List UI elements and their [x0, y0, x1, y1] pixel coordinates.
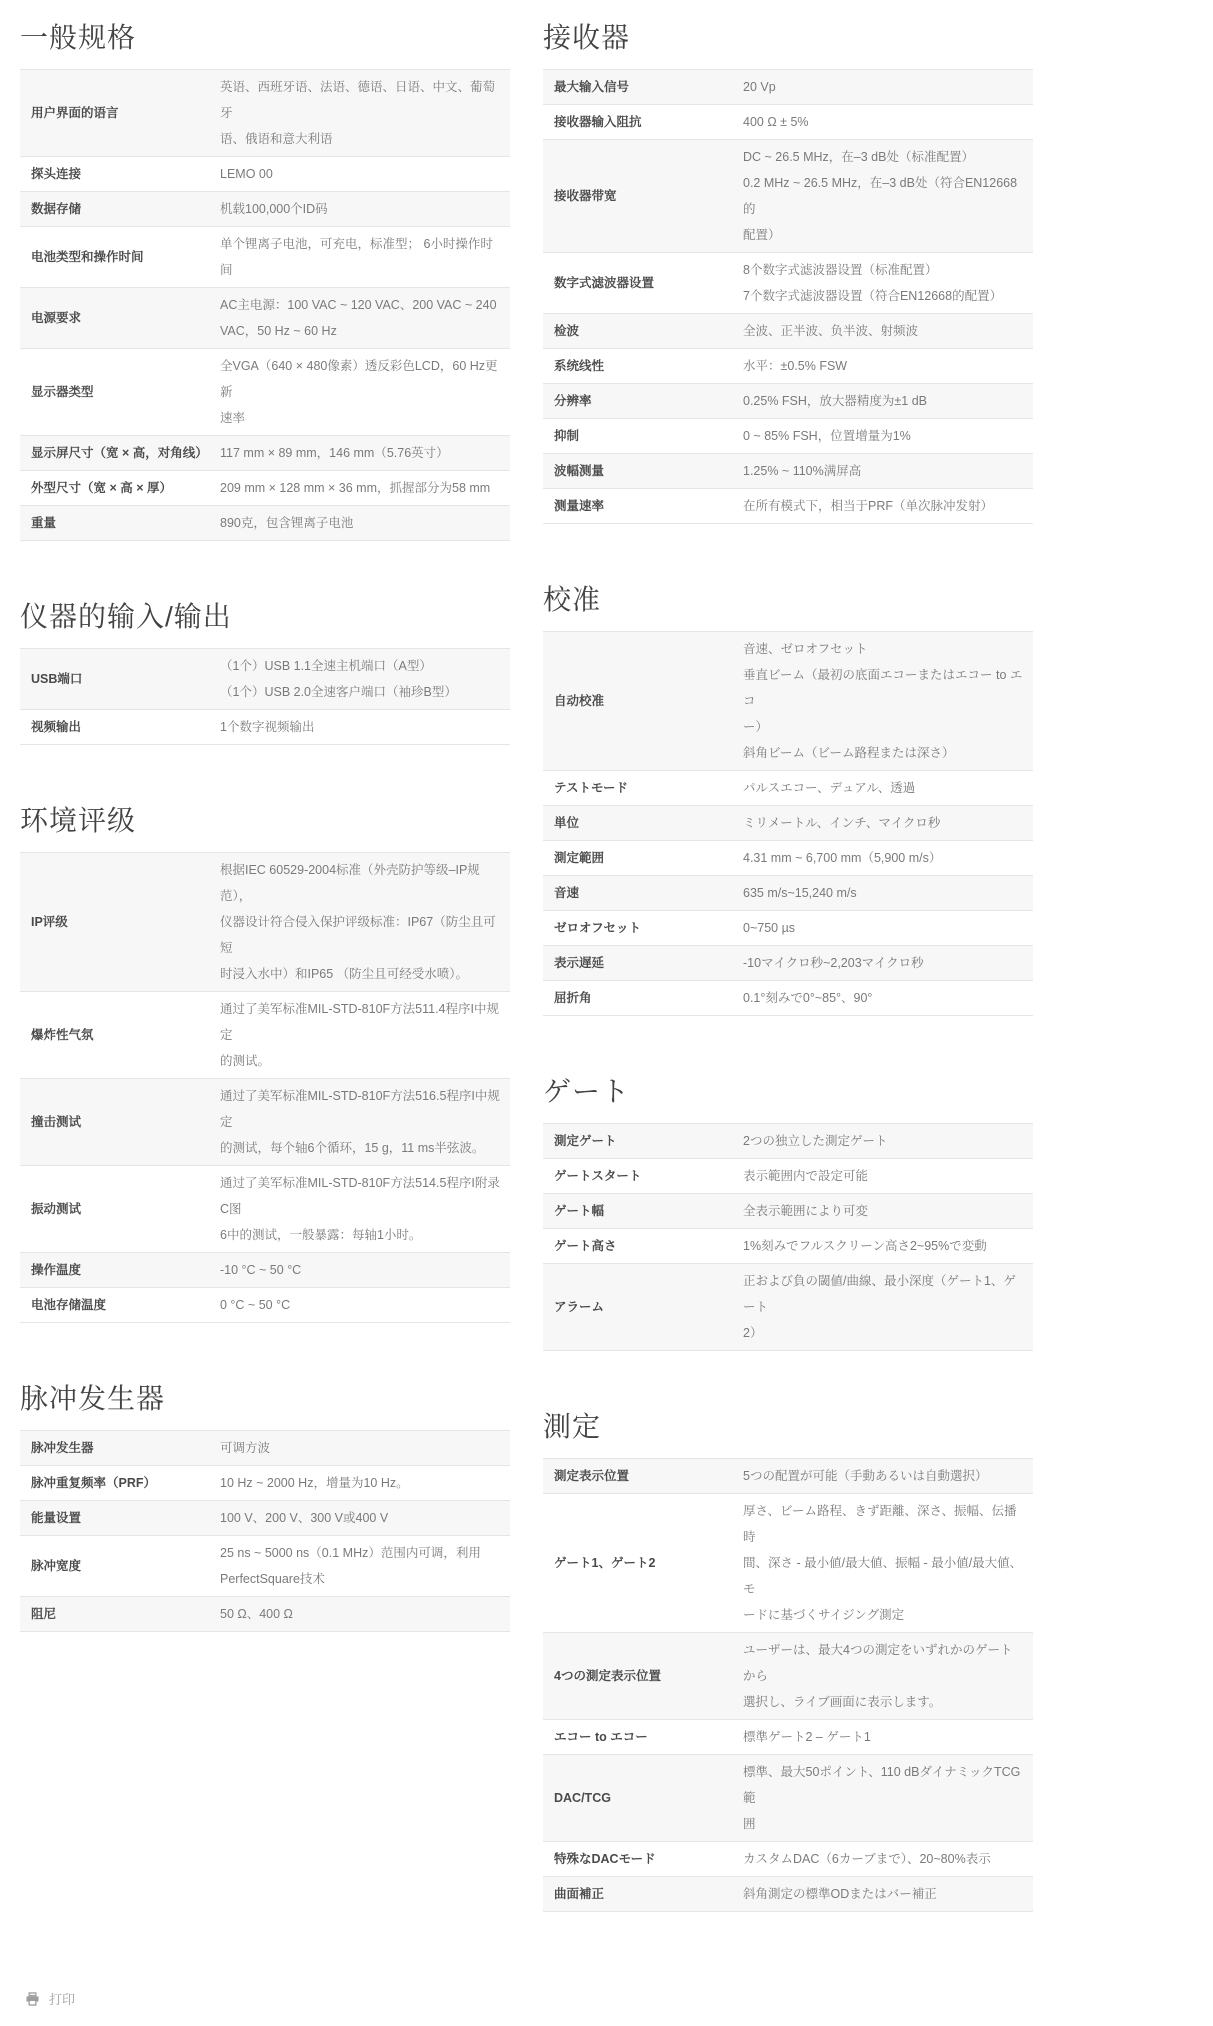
- spec-row: 系统线性水平：±0.5% FSW: [543, 348, 1033, 383]
- section-general: 一般规格用户界面的语言英语、西班牙语、法语、德语、日语、中文、葡萄牙语、俄语和意…: [20, 16, 510, 541]
- spec-row: 表示遅延-10マイクロ秒~2,203マイクロ秒: [543, 945, 1033, 980]
- spec-value-line: 0.25% FSH，放大器精度为±1 dB: [743, 388, 1023, 414]
- spec-row: 接收器带宽DC ~ 26.5 MHz，在–3 dB处（标准配置）0.2 MHz …: [543, 139, 1033, 252]
- spec-row: 用户界面的语言英语、西班牙语、法语、德语、日语、中文、葡萄牙语、俄语和意大利语: [20, 69, 510, 156]
- spec-value: パルスエコー、デュアル、透過: [743, 775, 1033, 801]
- spec-value: DC ~ 26.5 MHz，在–3 dB处（标准配置）0.2 MHz ~ 26.…: [743, 144, 1033, 248]
- spec-row: 抑制0 ~ 85% FSH，位置增量为1%: [543, 418, 1033, 453]
- spec-value: カスタムDAC（6カーブまで）、20~80%表示: [743, 1846, 1033, 1872]
- spec-label: ゲート1、ゲート2: [543, 1553, 743, 1573]
- spec-row: 特殊なDACモードカスタムDAC（6カーブまで）、20~80%表示: [543, 1841, 1033, 1876]
- spec-value-line: -10マイクロ秒~2,203マイクロ秒: [743, 950, 1023, 976]
- spec-label: 显示屏尺寸（宽 × 高，对角线）: [20, 443, 220, 463]
- spec-row: 屈折角0.1°刻みで0°~85°、90°: [543, 980, 1033, 1015]
- spec-value-line: 400 Ω ± 5%: [743, 109, 1023, 135]
- spec-label: 数据存储: [20, 199, 220, 219]
- spec-value-line: 速率: [220, 405, 500, 431]
- spec-label: 探头连接: [20, 164, 220, 184]
- spec-value-line: 209 mm × 128 mm × 36 mm，抓握部分为58 mm: [220, 475, 500, 501]
- spec-value: ミリメートル、インチ、マイクロ秒: [743, 810, 1033, 836]
- spec-value: 通过了美军标准MIL-STD-810F方法514.5程序I附录C图6中的测试，一…: [220, 1170, 510, 1248]
- spec-value-line: 根据IEC 60529-2004标准（外壳防护等级–IP规范），: [220, 857, 500, 909]
- spec-table-general: 用户界面的语言英语、西班牙语、法语、德语、日语、中文、葡萄牙语、俄语和意大利语探…: [20, 69, 510, 541]
- spec-value: 1%刻みでフルスクリーン高さ2~95%で変動: [743, 1233, 1033, 1259]
- spec-row: エコー to エコー標準ゲート2 – ゲート1: [543, 1719, 1033, 1754]
- spec-value-line: 仪器设计符合侵入保护评级标准：IP67（防尘且可短: [220, 909, 500, 961]
- spec-value: 117 mm × 89 mm，146 mm（5.76英寸）: [220, 440, 510, 466]
- spec-table-measurement: 測定表示位置5つの配置が可能（手動あるいは自動選択）ゲート1、ゲート2厚さ、ビー…: [543, 1458, 1033, 1912]
- spec-value: 通过了美军标准MIL-STD-810F方法516.5程序I中规定的测试，每个轴6…: [220, 1083, 510, 1161]
- spec-label: 外型尺寸（宽 × 高 × 厚）: [20, 478, 220, 498]
- spec-value: ユーザーは、最大4つの測定をいずれかのゲートから選択し、ライブ画面に表示します。: [743, 1637, 1033, 1715]
- spec-value: 厚さ、ビーム路程、きず距離、深さ、振幅、伝播時間、深さ - 最小値/最大値、振幅…: [743, 1498, 1033, 1628]
- spec-row: USB端口（1个）USB 1.1全速主机端口（A型）（1个）USB 2.0全速客…: [20, 648, 510, 709]
- spec-label: 电池类型和操作时间: [20, 247, 220, 267]
- spec-row: 电池存储温度0 °C ~ 50 °C: [20, 1287, 510, 1322]
- spec-row: 分辨率0.25% FSH，放大器精度为±1 dB: [543, 383, 1033, 418]
- spec-value-line: 標準、最大50ポイント、110 dBダイナミックTCG範: [743, 1759, 1023, 1811]
- spec-value-line: 囲: [743, 1811, 1023, 1837]
- spec-value-line: ー）: [743, 714, 1023, 740]
- spec-value: 4.31 mm ~ 6,700 mm（5,900 m/s）: [743, 845, 1033, 871]
- spec-row: ゼロオフセット0~750 µs: [543, 910, 1033, 945]
- spec-value-line: 6中的测试，一般暴露：每轴1小时。: [220, 1222, 500, 1248]
- spec-value: -10マイクロ秒~2,203マイクロ秒: [743, 950, 1033, 976]
- spec-value-line: 全表示範囲により可変: [743, 1198, 1023, 1224]
- spec-label: 检波: [543, 321, 743, 341]
- spec-value: 50 Ω、400 Ω: [220, 1601, 510, 1627]
- spec-value: 音速、ゼロオフセット垂直ビーム（最初の底面エコーまたはエコー to エコー）斜角…: [743, 636, 1033, 766]
- spec-row: アラーム正および負の閾値/曲線、最小深度（ゲート1、ゲート2）: [543, 1263, 1033, 1350]
- spec-value: 正および負の閾値/曲線、最小深度（ゲート1、ゲート2）: [743, 1268, 1033, 1346]
- spec-label: 能量设置: [20, 1508, 220, 1528]
- spec-row: 測定表示位置5つの配置が可能（手動あるいは自動選択）: [543, 1458, 1033, 1493]
- spec-row: 操作温度-10 °C ~ 50 °C: [20, 1252, 510, 1287]
- spec-value: 0 ~ 85% FSH，位置增量为1%: [743, 423, 1033, 449]
- section-title-general: 一般规格: [20, 16, 510, 56]
- print-label: 打印: [49, 1989, 75, 2008]
- spec-row: 视频输出1个数字视频输出: [20, 709, 510, 744]
- spec-label: エコー to エコー: [543, 1727, 743, 1747]
- spec-row: 自动校准音速、ゼロオフセット垂直ビーム（最初の底面エコーまたはエコー to エコ…: [543, 631, 1033, 770]
- spec-row: 阻尼50 Ω、400 Ω: [20, 1596, 510, 1631]
- spec-value-line: 1%刻みでフルスクリーン高さ2~95%で変動: [743, 1233, 1023, 1259]
- spec-value: 全VGA（640 × 480像素）透反彩色LCD，60 Hz更新速率: [220, 353, 510, 431]
- spec-label: ゲート高さ: [543, 1236, 743, 1256]
- spec-value-line: 的测试。: [220, 1048, 500, 1074]
- section-instrument-io: 仪器的输入/输出USB端口（1个）USB 1.1全速主机端口（A型）（1个）US…: [20, 595, 510, 745]
- spec-value-line: 垂直ビーム（最初の底面エコーまたはエコー to エコ: [743, 662, 1023, 714]
- spec-value-line: 0.1°刻みで0°~85°、90°: [743, 985, 1023, 1011]
- spec-row: 重量890克，包含锂离子电池: [20, 505, 510, 540]
- spec-row: 測定ゲート2つの独立した測定ゲート: [543, 1123, 1033, 1158]
- column-right: 接收器最大输入信号20 Vp接收器输入阻抗400 Ω ± 5%接收器带宽DC ~…: [543, 16, 1033, 1966]
- spec-table-instrument-io: USB端口（1个）USB 1.1全速主机端口（A型）（1个）USB 2.0全速客…: [20, 648, 510, 745]
- spec-label: 数字式滤波器设置: [543, 273, 743, 293]
- spec-label: 脉冲发生器: [20, 1438, 220, 1458]
- spec-label: 分辨率: [543, 391, 743, 411]
- spec-label: 曲面補正: [543, 1884, 743, 1904]
- spec-value-line: 单个锂离子电池，可充电，标准型； 6小时操作时间: [220, 231, 500, 283]
- spec-value: 標準ゲート2 – ゲート1: [743, 1724, 1033, 1750]
- spec-label: 抑制: [543, 426, 743, 446]
- section-measurement: 測定測定表示位置5つの配置が可能（手動あるいは自動選択）ゲート1、ゲート2厚さ、…: [543, 1405, 1033, 1912]
- spec-table-gates: 測定ゲート2つの独立した測定ゲートゲートスタート表示範囲内で設定可能ゲート幅全表…: [543, 1123, 1033, 1351]
- spec-label: 电池存储温度: [20, 1295, 220, 1315]
- spec-label: USB端口: [20, 669, 220, 689]
- spec-value-line: 时浸入水中）和IP65 （防尘且可经受水喷）。: [220, 961, 500, 987]
- spec-label: DAC/TCG: [543, 1788, 743, 1808]
- spec-value-line: -10 °C ~ 50 °C: [220, 1257, 500, 1283]
- spec-table-pulser: 脉冲发生器可调方波脉冲重复频率（PRF）10 Hz ~ 2000 Hz，增量为1…: [20, 1430, 510, 1632]
- spec-label: 视频输出: [20, 717, 220, 737]
- spec-row: 电池类型和操作时间单个锂离子电池，可充电，标准型； 6小时操作时间: [20, 226, 510, 287]
- spec-value-line: 25 ns ~ 5000 ns（0.1 MHz）范围内可调，利用: [220, 1540, 500, 1566]
- spec-value-line: （1个）USB 2.0全速客户端口（袖珍B型）: [220, 679, 500, 705]
- spec-row: 接收器输入阻抗400 Ω ± 5%: [543, 104, 1033, 139]
- spec-label: 測定範囲: [543, 848, 743, 868]
- spec-label: 単位: [543, 813, 743, 833]
- spec-page: 一般规格用户界面的语言英语、西班牙语、法语、德语、日语、中文、葡萄牙语、俄语和意…: [0, 0, 1213, 2026]
- spec-label: 最大输入信号: [543, 77, 743, 97]
- spec-row: 能量设置100 V、200 V、300 V或400 V: [20, 1500, 510, 1535]
- section-title-gates: ゲート: [543, 1070, 1033, 1110]
- spec-value-line: VAC，50 Hz ~ 60 Hz: [220, 318, 500, 344]
- spec-row: ゲートスタート表示範囲内で設定可能: [543, 1158, 1033, 1193]
- spec-label: 測定表示位置: [543, 1466, 743, 1486]
- spec-row: ゲート高さ1%刻みでフルスクリーン高さ2~95%で変動: [543, 1228, 1033, 1263]
- spec-row: 数据存储机载100,000个ID码: [20, 191, 510, 226]
- spec-value: 可调方波: [220, 1435, 510, 1461]
- spec-value-line: （1个）USB 1.1全速主机端口（A型）: [220, 653, 500, 679]
- spec-value-line: 的测试，每个轴6个循环，15 g，11 ms半弦波。: [220, 1135, 500, 1161]
- spec-label: 屈折角: [543, 988, 743, 1008]
- spec-row: 外型尺寸（宽 × 高 × 厚）209 mm × 128 mm × 36 mm，抓…: [20, 470, 510, 505]
- spec-value-line: 配置）: [743, 222, 1023, 248]
- spec-value: AC主电源：100 VAC ~ 120 VAC、200 VAC ~ 240VAC…: [220, 292, 510, 344]
- spec-value-line: 通过了美军标准MIL-STD-810F方法511.4程序I中规定: [220, 996, 500, 1048]
- spec-value-line: 语、俄语和意大利语: [220, 126, 500, 152]
- spec-value-line: LEMO 00: [220, 161, 500, 187]
- spec-value-line: 0 °C ~ 50 °C: [220, 1292, 500, 1318]
- spec-label: 接收器带宽: [543, 186, 743, 206]
- spec-label: 操作温度: [20, 1260, 220, 1280]
- spec-value: 20 Vp: [743, 74, 1033, 100]
- spec-label: 表示遅延: [543, 953, 743, 973]
- spec-row: ゲート幅全表示範囲により可変: [543, 1193, 1033, 1228]
- spec-row: 电源要求AC主电源：100 VAC ~ 120 VAC、200 VAC ~ 24…: [20, 287, 510, 348]
- spec-label: 撞击测试: [20, 1112, 220, 1132]
- spec-value-line: DC ~ 26.5 MHz，在–3 dB处（标准配置）: [743, 144, 1023, 170]
- spec-label: 显示器类型: [20, 382, 220, 402]
- spec-value-line: カスタムDAC（6カーブまで）、20~80%表示: [743, 1846, 1023, 1872]
- spec-value-line: ユーザーは、最大4つの測定をいずれかのゲートから: [743, 1637, 1023, 1689]
- spec-row: 检波全波、正半波、负半波、射频波: [543, 313, 1033, 348]
- print-action[interactable]: 打印: [24, 1989, 75, 2008]
- spec-label: ゲートスタート: [543, 1166, 743, 1186]
- spec-value: 2つの独立した測定ゲート: [743, 1128, 1033, 1154]
- spec-value-line: AC主电源：100 VAC ~ 120 VAC、200 VAC ~ 240: [220, 292, 500, 318]
- spec-value-line: 10 Hz ~ 2000 Hz，增量为10 Hz。: [220, 1470, 500, 1496]
- spec-value-line: PerfectSquare技术: [220, 1566, 500, 1592]
- spec-label: 特殊なDACモード: [543, 1849, 743, 1869]
- spec-value: 单个锂离子电池，可充电，标准型； 6小时操作时间: [220, 231, 510, 283]
- spec-value-line: 8个数字式滤波器设置（标准配置）: [743, 257, 1023, 283]
- spec-value: 根据IEC 60529-2004标准（外壳防护等级–IP规范），仪器设计符合侵入…: [220, 857, 510, 987]
- spec-label: 阻尼: [20, 1604, 220, 1624]
- spec-value-line: 7个数字式滤波器设置（符合EN12668的配置）: [743, 283, 1023, 309]
- spec-value-line: 890克，包含锂离子电池: [220, 510, 500, 536]
- spec-value: （1个）USB 1.1全速主机端口（A型）（1个）USB 2.0全速客户端口（袖…: [220, 653, 510, 705]
- spec-value-line: 斜角ビーム（ビーム路程または深さ）: [743, 740, 1023, 766]
- spec-row: IP评级根据IEC 60529-2004标准（外壳防护等级–IP规范），仪器设计…: [20, 852, 510, 991]
- section-pulser: 脉冲发生器脉冲发生器可调方波脉冲重复频率（PRF）10 Hz ~ 2000 Hz…: [20, 1377, 510, 1632]
- spec-label: 4つの測定表示位置: [543, 1666, 743, 1686]
- spec-value: 209 mm × 128 mm × 36 mm，抓握部分为58 mm: [220, 475, 510, 501]
- section-calibration: 校准自动校准音速、ゼロオフセット垂直ビーム（最初の底面エコーまたはエコー to …: [543, 578, 1033, 1016]
- spec-label: 脉冲宽度: [20, 1556, 220, 1576]
- spec-row: 曲面補正斜角測定の標準ODまたはバー補正: [543, 1876, 1033, 1911]
- spec-value: 0~750 µs: [743, 915, 1033, 941]
- spec-row: 测量速率在所有模式下，相当于PRF（单次脉冲发射）: [543, 488, 1033, 523]
- spec-value: 400 Ω ± 5%: [743, 109, 1033, 135]
- section-receiver: 接收器最大输入信号20 Vp接收器输入阻抗400 Ω ± 5%接收器带宽DC ~…: [543, 16, 1033, 524]
- spec-value-line: 在所有模式下，相当于PRF（单次脉冲发射）: [743, 493, 1023, 519]
- spec-row: 波幅测量1.25% ~ 110%满屏高: [543, 453, 1033, 488]
- spec-row: 音速635 m/s~15,240 m/s: [543, 875, 1033, 910]
- spec-value-line: 0~750 µs: [743, 915, 1023, 941]
- spec-value: 斜角測定の標準ODまたはバー補正: [743, 1881, 1033, 1907]
- spec-row: 脉冲发生器可调方波: [20, 1430, 510, 1465]
- spec-value-line: 635 m/s~15,240 m/s: [743, 880, 1023, 906]
- spec-label: ゼロオフセット: [543, 918, 743, 938]
- spec-value: LEMO 00: [220, 161, 510, 187]
- spec-value-line: 机载100,000个ID码: [220, 196, 500, 222]
- spec-row: 4つの測定表示位置ユーザーは、最大4つの測定をいずれかのゲートから選択し、ライブ…: [543, 1632, 1033, 1719]
- spec-value: 0.25% FSH，放大器精度为±1 dB: [743, 388, 1033, 414]
- spec-value: 在所有模式下，相当于PRF（单次脉冲发射）: [743, 493, 1033, 519]
- spec-label: ゲート幅: [543, 1201, 743, 1221]
- spec-value-line: 英语、西班牙语、法语、德语、日语、中文、葡萄牙: [220, 74, 500, 126]
- spec-row: 显示屏尺寸（宽 × 高，对角线）117 mm × 89 mm，146 mm（5.…: [20, 435, 510, 470]
- section-title-pulser: 脉冲发生器: [20, 1377, 510, 1417]
- spec-value: 0.1°刻みで0°~85°、90°: [743, 985, 1033, 1011]
- spec-row: 単位ミリメートル、インチ、マイクロ秒: [543, 805, 1033, 840]
- spec-value-line: パルスエコー、デュアル、透過: [743, 775, 1023, 801]
- spec-value: 表示範囲内で設定可能: [743, 1163, 1033, 1189]
- section-title-environment: 环境评级: [20, 799, 510, 839]
- spec-row: 撞击测试通过了美军标准MIL-STD-810F方法516.5程序I中规定的测试，…: [20, 1078, 510, 1165]
- spec-value: 890克，包含锂离子电池: [220, 510, 510, 536]
- section-environment: 环境评级IP评级根据IEC 60529-2004标准（外壳防护等级–IP规范），…: [20, 799, 510, 1323]
- spec-label: 重量: [20, 513, 220, 533]
- spec-row: DAC/TCG標準、最大50ポイント、110 dBダイナミックTCG範囲: [543, 1754, 1033, 1841]
- spec-value-line: ミリメートル、インチ、マイクロ秒: [743, 810, 1023, 836]
- spec-table-calibration: 自动校准音速、ゼロオフセット垂直ビーム（最初の底面エコーまたはエコー to エコ…: [543, 631, 1033, 1016]
- spec-value: 635 m/s~15,240 m/s: [743, 880, 1033, 906]
- spec-value-line: 厚さ、ビーム路程、きず距離、深さ、振幅、伝播時: [743, 1498, 1023, 1550]
- spec-value-line: 4.31 mm ~ 6,700 mm（5,900 m/s）: [743, 845, 1023, 871]
- spec-value: 通过了美军标准MIL-STD-810F方法511.4程序I中规定的测试。: [220, 996, 510, 1074]
- spec-value-line: 水平：±0.5% FSW: [743, 353, 1023, 379]
- spec-value: 0 °C ~ 50 °C: [220, 1292, 510, 1318]
- spec-label: 音速: [543, 883, 743, 903]
- spec-value-line: 通过了美军标准MIL-STD-810F方法516.5程序I中规定: [220, 1083, 500, 1135]
- section-title-receiver: 接收器: [543, 16, 1033, 56]
- spec-value: -10 °C ~ 50 °C: [220, 1257, 510, 1283]
- spec-value-line: 通过了美军标准MIL-STD-810F方法514.5程序I附录C图: [220, 1170, 500, 1222]
- spec-value: 水平：±0.5% FSW: [743, 353, 1033, 379]
- spec-row: 数字式滤波器设置8个数字式滤波器设置（标准配置）7个数字式滤波器设置（符合EN1…: [543, 252, 1033, 313]
- spec-table-receiver: 最大输入信号20 Vp接收器输入阻抗400 Ω ± 5%接收器带宽DC ~ 26…: [543, 69, 1033, 524]
- spec-row: 脉冲宽度25 ns ~ 5000 ns（0.1 MHz）范围内可调，利用Perf…: [20, 1535, 510, 1596]
- spec-row: 显示器类型全VGA（640 × 480像素）透反彩色LCD，60 Hz更新速率: [20, 348, 510, 435]
- spec-label: 脉冲重复频率（PRF）: [20, 1473, 220, 1493]
- spec-value-line: 斜角測定の標準ODまたはバー補正: [743, 1881, 1023, 1907]
- spec-value-line: 全VGA（640 × 480像素）透反彩色LCD，60 Hz更新: [220, 353, 500, 405]
- spec-value-line: 選択し、ライブ画面に表示します。: [743, 1689, 1023, 1715]
- spec-row: 探头连接LEMO 00: [20, 156, 510, 191]
- section-title-instrument-io: 仪器的输入/输出: [20, 595, 510, 635]
- spec-label: 振动测试: [20, 1199, 220, 1219]
- spec-row: 脉冲重复频率（PRF）10 Hz ~ 2000 Hz，增量为10 Hz。: [20, 1465, 510, 1500]
- spec-value-line: 全波、正半波、负半波、射频波: [743, 318, 1023, 344]
- spec-value-line: 可调方波: [220, 1435, 500, 1461]
- section-title-calibration: 校准: [543, 578, 1033, 618]
- spec-value-line: ードに基づくサイジング測定: [743, 1602, 1023, 1628]
- spec-row: 振动测试通过了美军标准MIL-STD-810F方法514.5程序I附录C图6中的…: [20, 1165, 510, 1252]
- spec-value-line: 2つの独立した測定ゲート: [743, 1128, 1023, 1154]
- spec-value-line: 100 V、200 V、300 V或400 V: [220, 1505, 500, 1531]
- spec-row: ゲート1、ゲート2厚さ、ビーム路程、きず距離、深さ、振幅、伝播時間、深さ - 最…: [543, 1493, 1033, 1632]
- printer-icon: [24, 1991, 41, 2007]
- column-left: 一般规格用户界面的语言英语、西班牙语、法语、德语、日语、中文、葡萄牙语、俄语和意…: [20, 16, 510, 1686]
- spec-value: 全波、正半波、负半波、射频波: [743, 318, 1033, 344]
- spec-value-line: 標準ゲート2 – ゲート1: [743, 1724, 1023, 1750]
- spec-label: 波幅测量: [543, 461, 743, 481]
- spec-label: 电源要求: [20, 308, 220, 328]
- spec-label: 系统线性: [543, 356, 743, 376]
- spec-value: 英语、西班牙语、法语、德语、日语、中文、葡萄牙语、俄语和意大利语: [220, 74, 510, 152]
- spec-value: 1.25% ~ 110%满屏高: [743, 458, 1033, 484]
- spec-value: 8个数字式滤波器设置（标准配置）7个数字式滤波器设置（符合EN12668的配置）: [743, 257, 1033, 309]
- spec-value-line: 50 Ω、400 Ω: [220, 1601, 500, 1627]
- spec-value-line: 1个数字视频输出: [220, 714, 500, 740]
- section-gates: ゲート測定ゲート2つの独立した測定ゲートゲートスタート表示範囲内で設定可能ゲート…: [543, 1070, 1033, 1351]
- section-title-measurement: 測定: [543, 1405, 1033, 1445]
- spec-value: 10 Hz ~ 2000 Hz，增量为10 Hz。: [220, 1470, 510, 1496]
- spec-row: 爆炸性气氛通过了美军标准MIL-STD-810F方法511.4程序I中规定的测试…: [20, 991, 510, 1078]
- spec-value-line: 117 mm × 89 mm，146 mm（5.76英寸）: [220, 440, 500, 466]
- spec-value-line: 正および負の閾値/曲線、最小深度（ゲート1、ゲート: [743, 1268, 1023, 1320]
- spec-value-line: 2）: [743, 1320, 1023, 1346]
- spec-value-line: 音速、ゼロオフセット: [743, 636, 1023, 662]
- spec-row: 測定範囲4.31 mm ~ 6,700 mm（5,900 m/s）: [543, 840, 1033, 875]
- spec-label: 自动校准: [543, 691, 743, 711]
- spec-value: 机载100,000个ID码: [220, 196, 510, 222]
- spec-value: 標準、最大50ポイント、110 dBダイナミックTCG範囲: [743, 1759, 1033, 1837]
- spec-value-line: 5つの配置が可能（手動あるいは自動選択）: [743, 1463, 1023, 1489]
- spec-value: 5つの配置が可能（手動あるいは自動選択）: [743, 1463, 1033, 1489]
- spec-row: 最大输入信号20 Vp: [543, 69, 1033, 104]
- spec-label: 接收器输入阻抗: [543, 112, 743, 132]
- spec-value-line: 表示範囲内で設定可能: [743, 1163, 1023, 1189]
- spec-label: アラーム: [543, 1297, 743, 1317]
- spec-value-line: 間、深さ - 最小値/最大値、振幅 - 最小値/最大値、モ: [743, 1550, 1023, 1602]
- spec-value-line: 0 ~ 85% FSH，位置增量为1%: [743, 423, 1023, 449]
- spec-label: 測定ゲート: [543, 1131, 743, 1151]
- spec-label: IP评级: [20, 912, 220, 932]
- spec-table-environment: IP评级根据IEC 60529-2004标准（外壳防护等级–IP规范），仪器设计…: [20, 852, 510, 1323]
- spec-label: 爆炸性气氛: [20, 1025, 220, 1045]
- spec-value: 25 ns ~ 5000 ns（0.1 MHz）范围内可调，利用PerfectS…: [220, 1540, 510, 1592]
- spec-row: テストモードパルスエコー、デュアル、透過: [543, 770, 1033, 805]
- spec-label: 用户界面的语言: [20, 103, 220, 123]
- spec-value: 1个数字视频输出: [220, 714, 510, 740]
- spec-value-line: 20 Vp: [743, 74, 1023, 100]
- columns: 一般规格用户界面的语言英语、西班牙语、法语、德语、日语、中文、葡萄牙语、俄语和意…: [20, 16, 1193, 1966]
- spec-value-line: 0.2 MHz ~ 26.5 MHz，在–3 dB处（符合EN12668的: [743, 170, 1023, 222]
- spec-label: 测量速率: [543, 496, 743, 516]
- spec-value-line: 1.25% ~ 110%满屏高: [743, 458, 1023, 484]
- spec-value: 全表示範囲により可変: [743, 1198, 1033, 1224]
- spec-value: 100 V、200 V、300 V或400 V: [220, 1505, 510, 1531]
- spec-label: テストモード: [543, 778, 743, 798]
